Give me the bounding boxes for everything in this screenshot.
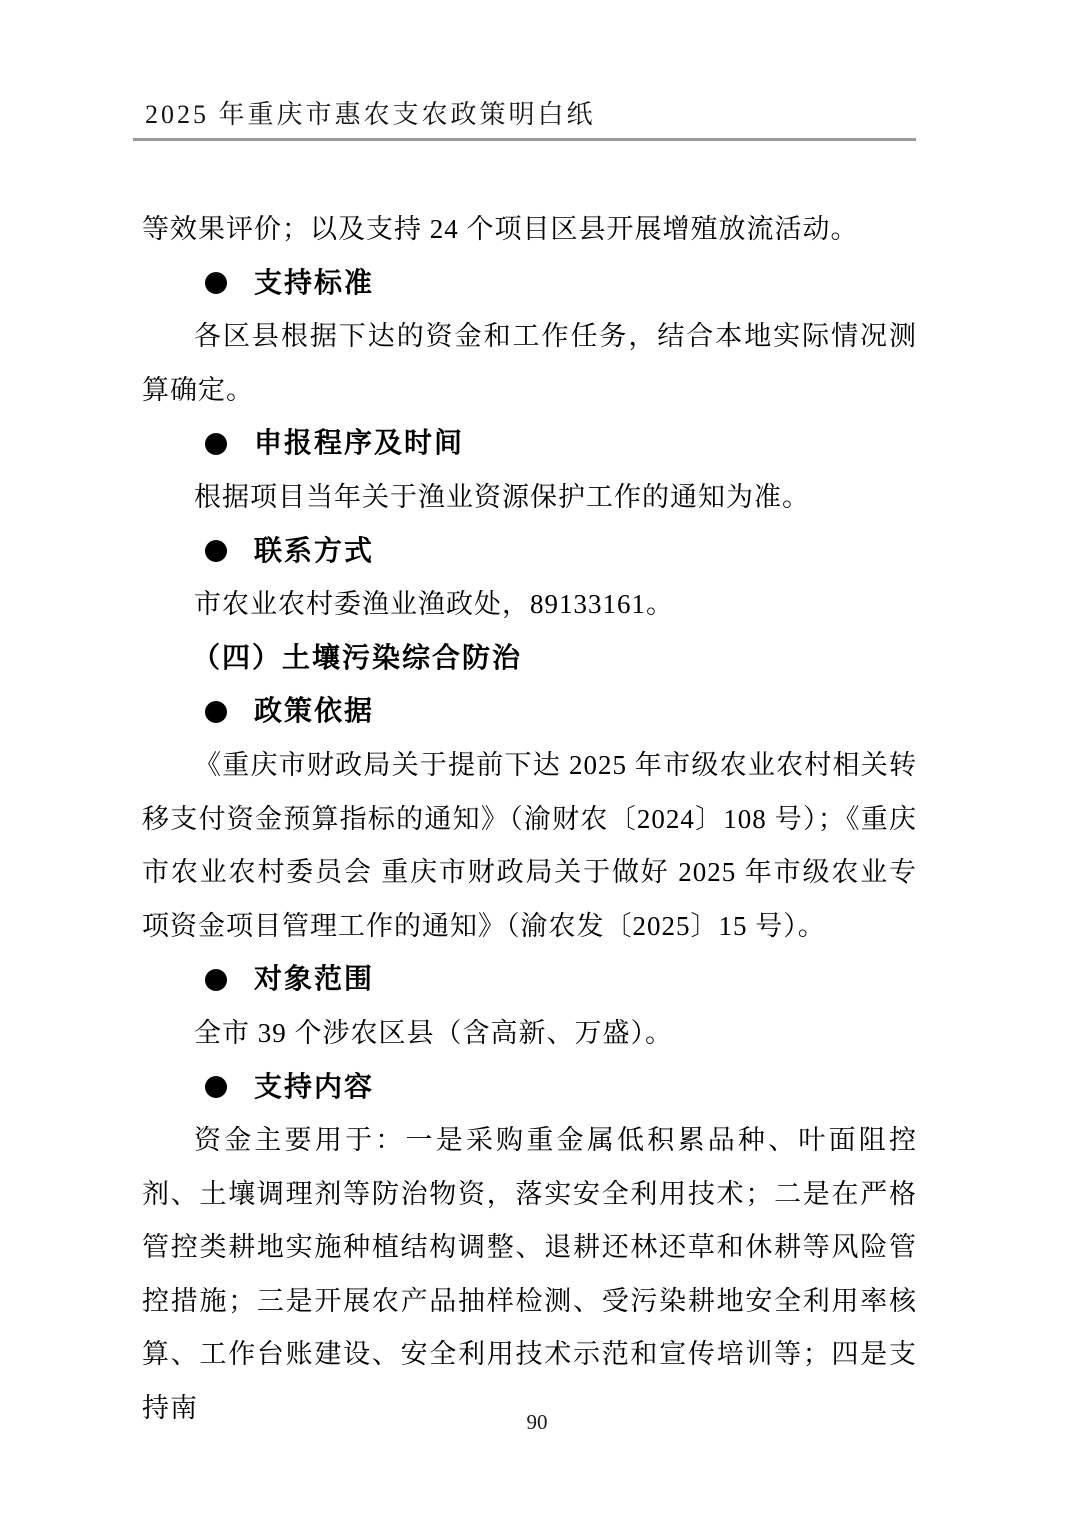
bullet-item-title: 政策依据 (254, 685, 374, 739)
bullet-item: 联系方式 (142, 525, 917, 579)
bullet-icon (205, 540, 227, 562)
bullet-item-title: 联系方式 (254, 525, 374, 579)
bullet-icon (205, 701, 227, 723)
section-heading: （四）土壤污染综合防治 (142, 632, 917, 686)
document-page: 2025 年重庆市惠农支农政策明白纸 等效果评价；以及支持 24 个项目区县开展… (0, 0, 1074, 1520)
paragraph: 资金主要用于：一是采购重金属低积累品种、叶面阻控剂、土壤调理剂等防治物资，落实安… (142, 1114, 917, 1436)
bullet-icon (205, 1076, 227, 1098)
paragraph: 各区县根据下达的资金和工作任务，结合本地实际情况测算确定。 (142, 310, 917, 417)
bullet-item-title: 对象范围 (254, 953, 374, 1007)
bullet-icon (205, 969, 227, 991)
bullet-icon (205, 433, 227, 455)
document-body: 等效果评价；以及支持 24 个项目区县开展增殖放流活动。 支持标准 各区县根据下… (142, 203, 917, 1436)
bullet-icon (205, 272, 227, 294)
bullet-item-title: 申报程序及时间 (254, 417, 464, 471)
header-rule (133, 138, 916, 141)
paragraph: 根据项目当年关于渔业资源保护工作的通知为准。 (142, 471, 917, 525)
bullet-item: 对象范围 (142, 953, 917, 1007)
page-number: 90 (0, 1410, 1074, 1435)
paragraph: 《重庆市财政局关于提前下达 2025 年市级农业农村相关转移支付资金预算指标的通… (142, 739, 917, 953)
bullet-item: 政策依据 (142, 685, 917, 739)
bullet-item: 支持标准 (142, 257, 917, 311)
bullet-item: 申报程序及时间 (142, 417, 917, 471)
paragraph: 等效果评价；以及支持 24 个项目区县开展增殖放流活动。 (142, 203, 917, 257)
bullet-item-title: 支持标准 (254, 257, 374, 311)
paragraph: 市农业农村委渔业渔政处，89133161。 (142, 578, 917, 632)
paragraph: 全市 39 个涉农区县（含高新、万盛）。 (142, 1007, 917, 1061)
bullet-item: 支持内容 (142, 1061, 917, 1115)
bullet-item-title: 支持内容 (254, 1061, 374, 1115)
document-header-title: 2025 年重庆市惠农支农政策明白纸 (145, 94, 596, 131)
